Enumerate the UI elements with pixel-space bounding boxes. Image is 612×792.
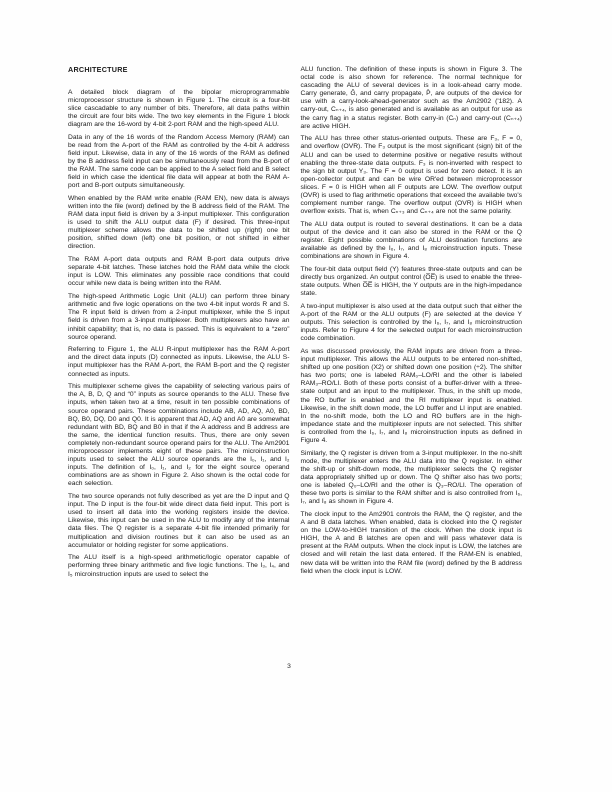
paragraph: Similarly, the Q register is driven from… bbox=[301, 450, 523, 507]
paragraph: The clock input to the Am2901 controls t… bbox=[301, 511, 523, 576]
document-page: ARCHITECTURE A detailed block diagram of… bbox=[0, 0, 612, 792]
paragraph: Referring to Figure 1, the ALU R-input m… bbox=[68, 346, 290, 378]
paragraph: When enabled by the RAM write enable (RA… bbox=[68, 195, 290, 252]
paragraph: The ALU itself is a high-speed arithmeti… bbox=[68, 554, 290, 578]
paragraph: The RAM A-port data outputs and RAM B-po… bbox=[68, 256, 290, 288]
left-column: ARCHITECTURE A detailed block diagram of… bbox=[68, 66, 290, 583]
paragraph: The four-bit data output field (Y) featu… bbox=[301, 266, 523, 298]
paragraph: The ALU has three other status-oriented … bbox=[301, 135, 523, 216]
paragraph: As was discussed previously, the RAM inp… bbox=[301, 348, 523, 445]
paragraph: This multiplexer scheme gives the capabi… bbox=[68, 383, 290, 488]
paragraph: The two source operands not fully descri… bbox=[68, 493, 290, 550]
right-column: ALU function. The definition of these in… bbox=[301, 66, 523, 583]
text-columns: ARCHITECTURE A detailed block diagram of… bbox=[68, 66, 522, 583]
page-number: 3 bbox=[283, 663, 295, 670]
paragraph: A two-input multiplexer is also used at … bbox=[301, 303, 523, 343]
section-heading: ARCHITECTURE bbox=[68, 66, 290, 74]
paragraph: A detailed block diagram of the bipolar … bbox=[68, 89, 290, 129]
paragraph: The ALU data output is routed to several… bbox=[301, 221, 523, 261]
paragraph: ALU function. The definition of these in… bbox=[301, 66, 523, 131]
paragraph: Data in any of the 16 words of the Rando… bbox=[68, 134, 290, 191]
paragraph: The high-speed Arithmetic Logic Unit (AL… bbox=[68, 293, 290, 342]
